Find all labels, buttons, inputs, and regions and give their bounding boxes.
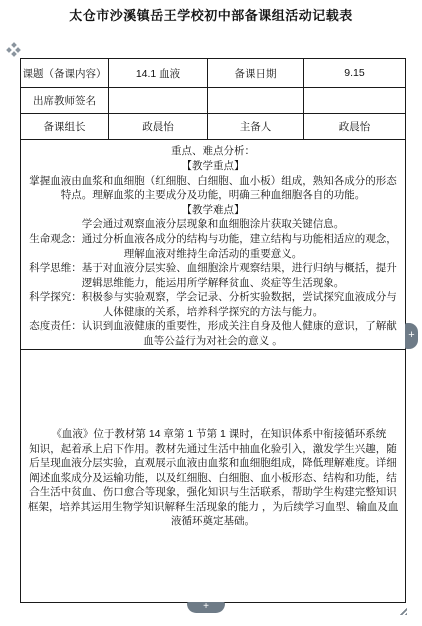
cell-group-leader-value[interactable]: 政晨怡 <box>109 114 208 140</box>
cell-topic-value[interactable]: 14.1 血液 <box>109 59 208 88</box>
move-handle-dot <box>6 47 12 53</box>
material-line: 后呈现血液分层实验，直观展示血液由血浆和血细胞组成，降低理解难度。详细 <box>28 456 398 471</box>
cell-group-leader-label[interactable]: 备课组长 <box>21 114 109 140</box>
move-handle-dot <box>11 51 17 57</box>
add-column-button[interactable]: + <box>405 323 418 349</box>
table-row: 课题（备课内容） 14.1 血液 备课日期 9.15 <box>21 59 406 88</box>
cell-topic-label[interactable]: 课题（备课内容） <box>21 59 109 88</box>
table-row: 出席教师签名 <box>21 88 406 114</box>
page-title: 太仓市沙溪镇岳王学校初中部备课组活动记载表 <box>0 5 422 24</box>
analysis-line: 科学探究：积极参与实验观察，学会记录、分析实验数据，尝试探究血液成分与 <box>28 290 398 305</box>
cell-signature-2[interactable] <box>208 88 304 114</box>
cell-date-value[interactable]: 9.15 <box>304 59 406 88</box>
analysis-line: 生命观念：通过分析血液各成分的结构与功能，建立结构与功能相适应的观念， <box>28 232 398 247</box>
cell-signature-1[interactable] <box>109 88 208 114</box>
table-row: 重点、难点分析： 【教学重点】 掌握血液由血浆和血细胞（红细胞、白细胞、血小板）… <box>21 140 406 350</box>
analysis-line: 人体健康的关系，培养科学探究的方法与能力。 <box>28 305 398 320</box>
table-row: 备课组长 政晨怡 主备人 政晨怡 <box>21 114 406 140</box>
analysis-line: 科学思维：基于对血液分层实验、血细胞涂片观察结果，进行归纳与概括，提升 <box>28 261 398 276</box>
cell-signature-3[interactable] <box>304 88 406 114</box>
analysis-line: 逻辑思维能力，能运用所学解释贫血、炎症等生活现象。 <box>28 276 398 291</box>
material-line: 合生活中贫血、伤口愈合等现象，强化知识与生活联系，帮助学生构建完整知识 <box>28 485 398 500</box>
move-handle-dot <box>11 42 17 48</box>
document-page: 太仓市沙溪镇岳王学校初中部备课组活动记载表 课题（备课内容） 14.1 血液 备… <box>0 0 422 626</box>
table-move-handle-icon[interactable] <box>7 43 21 57</box>
analysis-line: 特点。理解血浆的主要成分及功能，明确三种血细胞各自的功能。 <box>28 188 398 203</box>
analysis-line: 重点、难点分析： <box>28 144 398 159</box>
move-handle-dot <box>15 47 21 53</box>
table-row: 《血液》位于教材第 14 章第 1 节第 1 课时，在知识体系中衔接循环系统 知… <box>21 350 406 603</box>
analysis-line: 血等公益行为对社会的意义 。 <box>28 334 398 349</box>
material-line: 知识，起着承上启下作用。教材先通过生活中抽血化验引入，激发学生兴趣，随 <box>28 442 398 457</box>
lesson-record-table: 课题（备课内容） 14.1 血液 备课日期 9.15 出席教师签名 备课组长 政… <box>20 58 406 603</box>
add-row-button[interactable]: + <box>187 602 225 613</box>
material-line: 阐述血浆成分及运输功能，以及红细胞、白细胞、血小板形态、结构和功能，结 <box>28 471 398 486</box>
analysis-line: 【教学难点】 <box>28 203 398 218</box>
cell-main-preparer-label[interactable]: 主备人 <box>208 114 304 140</box>
material-line: 《血液》位于教材第 14 章第 1 节第 1 课时，在知识体系中衔接循环系统 <box>28 427 398 442</box>
cell-teaching-material-analysis[interactable]: 《血液》位于教材第 14 章第 1 节第 1 课时，在知识体系中衔接循环系统 知… <box>21 350 406 603</box>
cell-signature-label[interactable]: 出席教师签名 <box>21 88 109 114</box>
analysis-line: 态度责任：认识到血液健康的重要性，形成关注自身及他人健康的意识，了解献 <box>28 319 398 334</box>
analysis-line: 掌握血液由血浆和血细胞（红细胞、白细胞、血小板）组成，熟知各成分的形态 <box>28 174 398 189</box>
analysis-line: 理解血液对维持生命活动的重要意义。 <box>28 247 398 262</box>
cell-date-label[interactable]: 备课日期 <box>208 59 304 88</box>
cell-main-preparer-value[interactable]: 政晨怡 <box>304 114 406 140</box>
table-resize-handle-icon[interactable] <box>398 606 407 615</box>
material-line: 液循环奠定基础。 <box>28 514 398 529</box>
analysis-line: 【教学重点】 <box>28 159 398 174</box>
cell-key-points-analysis[interactable]: 重点、难点分析： 【教学重点】 掌握血液由血浆和血细胞（红细胞、白细胞、血小板）… <box>21 140 406 350</box>
analysis-line: 学会通过观察血液分层现象和血细胞涂片获取关键信息。 <box>28 217 398 232</box>
material-line: 框架，培养其运用生物学知识解释生活现象的能力 ，为后续学习血型、输血及血 <box>28 500 398 515</box>
